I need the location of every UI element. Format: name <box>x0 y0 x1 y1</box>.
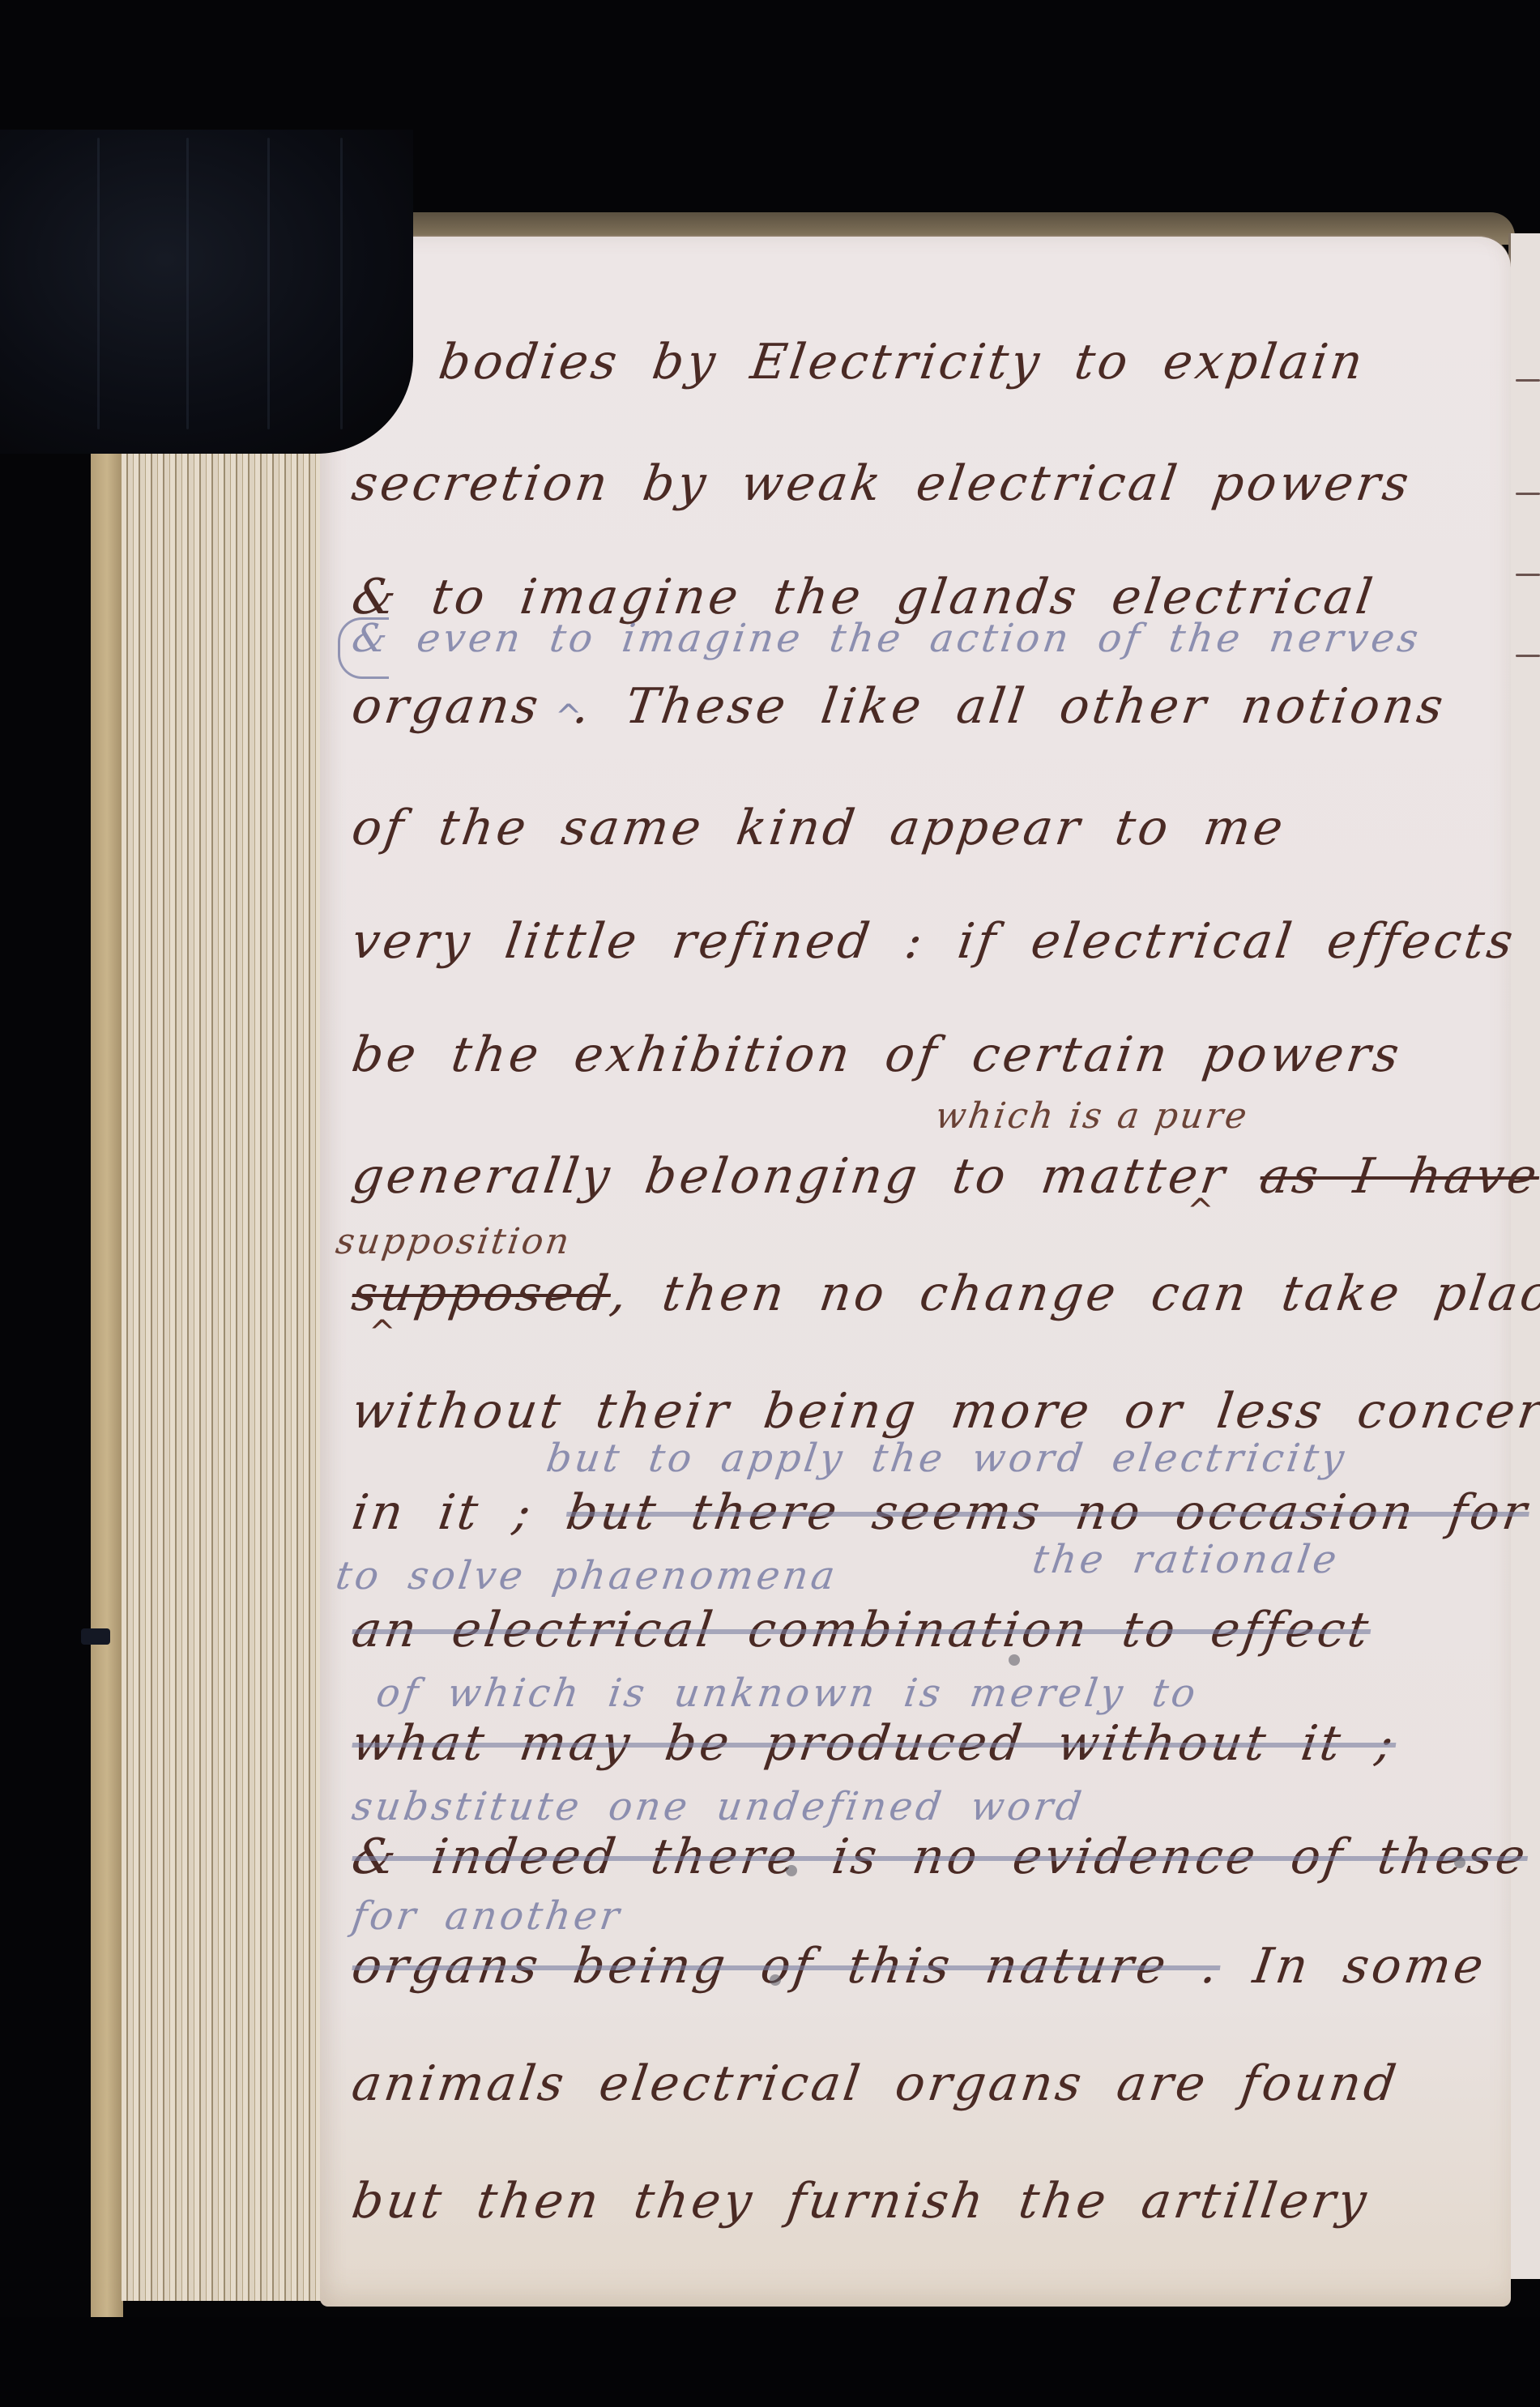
ink-smudge <box>786 1865 797 1876</box>
pencil-insertion-phaenomena: to solve phaenomena <box>333 1553 841 1598</box>
manuscript-line-8: generally belonging to matter as I have <box>348 1144 1482 1209</box>
ink-insertion-pure: which is a pure <box>932 1095 1252 1137</box>
pencil-insertion-another: for another <box>349 1893 625 1939</box>
line-15-text: In some <box>1250 1938 1491 1995</box>
manuscript-line-6: very little refined : if electrical effe… <box>348 909 1482 974</box>
line-11-text: in it ; <box>348 1484 537 1541</box>
cloth-fold <box>340 138 343 429</box>
manuscript-line-17: but then they furnish the artillery <box>348 2169 1482 2234</box>
manuscript-page: of bodies by Electricity to explain secr… <box>320 235 1511 2307</box>
ink-smudge <box>770 1974 781 1986</box>
dark-cloth-weight <box>0 130 413 454</box>
facing-page <box>1508 233 1540 2279</box>
cloth-fold <box>267 138 270 429</box>
manuscript-line-16: animals electrical organs are found <box>348 2051 1482 2116</box>
pencil-insertion-undefined-word: substitute one undefined word <box>349 1784 1087 1829</box>
line-8-text: generally belonging to matter <box>348 1148 1231 1205</box>
manuscript-line-15: organs being of this nature . In some <box>348 1934 1482 1999</box>
page-block-edges <box>122 308 324 2301</box>
manuscript-line-12: an electrical combination to effect <box>348 1598 1482 1662</box>
line-15-struck-text: organs being of this nature . <box>348 1938 1224 1995</box>
pencil-insertion-electricity: but to apply the word electricity <box>544 1436 1350 1481</box>
line-12-struck-text: an electrical combination to effect <box>348 1602 1375 1658</box>
manuscript-line-4: organs . These like all other notions <box>348 674 1482 739</box>
manuscript-line-1: of bodies by Electricity to explain <box>348 330 1482 395</box>
ink-insertion-caret: ^ <box>369 1314 396 1351</box>
manuscript-line-11: in it ; but there seems no occasion for <box>348 1480 1482 1545</box>
pencil-insertion-rationale: the rationale <box>1030 1537 1342 1582</box>
manuscript-line-5: of the same kind appear to me <box>348 796 1482 860</box>
pencil-insertion-nerves: & even to imagine the action of the nerv… <box>349 616 1424 661</box>
book-cover-edge <box>91 356 123 2317</box>
facing-page-ink-mark <box>1516 655 1540 657</box>
cloth-fold <box>186 138 189 429</box>
manuscript-line-2: secretion by weak electrical powers <box>348 451 1482 516</box>
facing-page-ink-mark <box>1516 493 1540 495</box>
facing-page-ink-mark <box>1516 379 1540 382</box>
line-13-struck-text: what may be produced without it ; <box>348 1715 1400 1772</box>
ink-smudge <box>1009 1654 1020 1666</box>
manuscript-line-9: supposed, then no change can take place <box>348 1261 1482 1326</box>
manuscript-line-13: what may be produced without it ; <box>348 1711 1482 1776</box>
ink-smudge <box>1454 1857 1465 1868</box>
line-9-text: , then no change can take place <box>607 1265 1540 1322</box>
ink-insertion-caret: ^ <box>1187 1193 1214 1230</box>
line-14-struck-text: & indeed there is no evidence of these <box>348 1829 1532 1885</box>
ink-insertion-supposition: supposition <box>333 1221 574 1262</box>
manuscript-line-14: & indeed there is no evidence of these <box>348 1824 1482 1889</box>
pencil-insertion-unknown: of which is unknown is merely to <box>373 1671 1201 1716</box>
bookmark-ribbon <box>81 1628 110 1645</box>
background-surface <box>0 2317 1540 2407</box>
cloth-fold <box>97 138 100 429</box>
line-8-struck-text: as I have <box>1256 1148 1540 1205</box>
manuscript-line-7: be the exhibition of certain powers <box>348 1022 1482 1087</box>
line-11-struck-text: but there seems no occasion for <box>563 1484 1534 1541</box>
facing-page-ink-mark <box>1516 574 1540 576</box>
manuscript-line-10: without their being more or less concern… <box>348 1379 1482 1444</box>
